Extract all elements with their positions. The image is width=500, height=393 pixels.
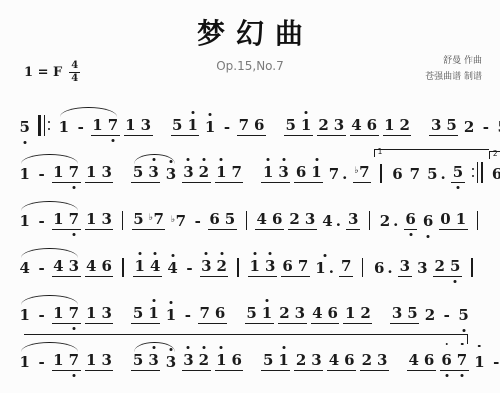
note: 7 [67,164,80,181]
note-digit: 1 [216,163,226,181]
note: 6 [440,352,453,369]
note: 1 [85,305,98,322]
note-digit: 3 [400,257,410,275]
sheet-music-page: 梦幻曲 Op.15,No.7 1 = F 4 4 舒曼 作曲 苍强曲谱 制谱 5… [0,0,500,393]
note: 5 [131,305,144,322]
note-digit: 5 [225,210,235,228]
note: 2 [398,117,411,134]
note-digit: 1 [384,116,394,134]
octave-dot-high [220,158,223,161]
note: 1 [85,211,98,228]
note: 7 [455,352,468,369]
time-numerator: 4 [69,60,80,73]
note-digit: 1 [205,118,215,136]
octave-dot-high [323,254,326,257]
beam-group: 01 [439,211,468,230]
repeat-dot [472,168,475,171]
note: 3 [100,305,113,322]
repeat-end [472,162,484,183]
note: 6 [365,117,378,134]
octave-dot-high [267,158,270,161]
notation-area: 51-1713511-7651234612352-51-171353332171… [18,98,482,380]
note-digit: 4 [351,116,361,134]
beam-group: 6 [404,211,417,230]
augmentation-dot: . [342,165,347,183]
note-digit: 7 [69,304,79,322]
note-digit: 3 [377,351,387,369]
octave-dot-low [23,141,26,144]
note-digit: 4 [257,210,267,228]
octave-dot-low [72,233,75,236]
augmentation-dot: . [336,212,341,230]
note: 3 [164,354,177,371]
slur-group: 1-17 [18,164,81,183]
score-line: 4-4346144-3213671.76.3325 [18,239,482,286]
note: 3 [100,164,113,181]
beam-group: 23 [294,352,323,371]
note: ♭7 [147,210,165,228]
octave-dot-high [152,299,155,302]
octave-dot-high [253,252,256,255]
composer-credit: 舒曼 作曲 [425,54,482,70]
note-digit: 5 [133,351,143,369]
note-digit: 6 [296,163,306,181]
note: 5 [261,352,274,369]
beam-group: 32 [182,164,211,183]
key-label: 1 = F [24,65,62,80]
note-digit: 3 [141,116,151,134]
beam-group: 17 [52,164,81,183]
octave-dot-high [170,160,173,163]
beam-group: 3 [346,211,359,230]
barline [362,258,364,277]
credits: 舒曼 作曲 苍强曲谱 制谱 [425,54,482,86]
note: 3 [147,164,160,181]
note-digit: 1 [263,163,273,181]
beam-group: 14 [133,258,162,277]
beam-group: 51 [245,305,274,324]
slur-group: 533 [131,352,177,371]
note-digit: 1 [86,351,96,369]
beam-group: 5♭7 [132,210,166,230]
note: 3 [182,352,195,369]
note: 6 [421,213,434,230]
note: 5 [445,117,458,134]
note: 1 [147,305,160,322]
note: 3 [277,164,290,181]
note-digit: 2 [425,306,435,324]
octave-dot-high [152,346,155,349]
note: 4 [166,260,179,277]
note: 7 [67,211,80,228]
note-digit: 6 [492,165,500,183]
note-digit: 5 [407,304,417,322]
note-digit: 1 [86,210,96,228]
sustain-dash: - [480,119,492,136]
beam-group: 13 [85,164,114,183]
note: 7 [237,117,250,134]
note-digit: 5 [450,257,460,275]
note: 1 [18,354,31,371]
note-digit: 1 [456,210,466,228]
barline-thick [38,115,41,136]
note-digit: 5 [172,116,182,134]
beam-group: 46 [407,352,436,371]
note-digit: 6 [424,351,434,369]
augmentation-dot: . [393,212,398,230]
note-digit: 3 [417,259,427,277]
note-digit: 1 [53,351,63,369]
note-digit: 1 [53,304,63,322]
note-digit: 3 [166,353,176,371]
note: 7 [230,164,243,181]
octave-dot-high [170,348,173,351]
note: 7 [296,258,309,275]
fermata-icon [457,339,467,346]
note: 1 [473,354,486,371]
note-digit: 3 [305,210,315,228]
note-digit: 1 [250,257,260,275]
octave-dot-high [187,158,190,161]
note: 7 [106,117,119,134]
note: 3 [293,305,306,322]
note: 3 [100,211,113,228]
note-digit: 1 [86,304,96,322]
note-digit: 1 [301,116,311,134]
beam-group: 53 [131,352,160,371]
note: 6 [253,117,266,134]
opus-number: Op.15,No.7 [18,59,482,73]
barline [380,164,382,183]
octave-dot-low [409,233,412,236]
beam-group: 13 [85,211,114,230]
note: 4 [327,352,340,369]
beam-group: 13 [248,258,277,277]
octave-dot-high [191,111,194,114]
note: 6 [100,258,113,275]
volta-bracket: 2675.5 [490,151,500,183]
note: 1 [248,258,261,275]
augmentation-dot: . [441,165,446,183]
note-digit: 3 [101,210,111,228]
note-digit: 1 [311,163,321,181]
sheet-header: 梦幻曲 Op.15,No.7 1 = F 4 4 舒曼 作曲 苍强曲谱 制谱 [18,12,482,94]
sustain-dash: - [35,166,47,183]
note-digit: 7 [153,210,163,228]
note-digit: 5 [133,304,143,322]
note: 2 [462,119,475,136]
note: 2 [423,307,436,324]
octave-dot-high [152,158,155,161]
note: 1 [343,305,356,322]
volta-label: 2 [493,149,498,158]
note-digit: 3 [183,163,193,181]
note-digit: 1 [216,351,226,369]
note: 3 [200,258,213,275]
barline-thin [477,162,478,183]
beam-group: 13 [124,117,153,136]
note-digit: 6 [209,210,219,228]
beam-group: 23 [278,305,307,324]
note: 1 [57,119,70,136]
note: 1 [18,166,31,183]
sustain-dash: - [75,119,87,136]
note: 2 [215,258,228,275]
note-digit: 3 [311,351,321,369]
note: 5 [457,307,470,324]
slur-group: 4-43 [18,258,81,277]
octave-dot-high [220,252,223,255]
extended-bracket-line [24,334,468,344]
note-digit: 2 [380,212,390,230]
note: 5 [284,117,297,134]
octave-dot-low [111,139,114,142]
note-digit: 2 [199,163,209,181]
octave-dot-high [171,254,174,257]
note: 1 [52,164,65,181]
note: 3 [429,117,442,134]
note: 2 [359,305,372,322]
note: 6 [391,166,404,183]
beam-group: 46 [311,305,340,324]
note: 3 [398,258,411,275]
beam-group: 51 [284,117,313,136]
note: 5 [496,119,500,136]
sustain-dash: - [35,307,47,324]
note-digit: 6 [344,351,354,369]
beam-group: 23 [360,352,389,371]
note: 5 [131,164,144,181]
note: 5 [171,117,184,134]
beam-group: 13 [85,305,114,324]
octave-dot-high [282,158,285,161]
octave-dot-high [266,299,269,302]
note-digit: 6 [282,257,292,275]
slur-group: 533 [131,164,177,183]
note: 2 [433,258,446,275]
note-digit: 3 [431,116,441,134]
note: 5 [406,305,419,322]
note: 4 [255,211,268,228]
time-signature: 4 4 [69,60,80,84]
beam-group: 16 [215,352,244,371]
beam-group: 13 [261,164,290,183]
sustain-dash: - [35,213,47,230]
sustain-dash: - [221,119,233,136]
note-digit: 1 [474,353,484,371]
octave-dot-high [269,252,272,255]
note: 2 [317,117,330,134]
note: 3 [147,352,160,369]
note: 6 [230,352,243,369]
note-digit: 7 [69,210,79,228]
barline-thick [481,162,484,183]
note-digit: 6 [215,304,225,322]
note: 5 [132,211,145,228]
note-digit: 6 [272,210,282,228]
note-digit: 6 [405,210,415,228]
octave-dot-high [220,346,223,349]
note: 3 [182,164,195,181]
note: 4. [321,213,343,230]
beam-group: 7 [339,258,352,277]
note-digit: 2 [199,351,209,369]
note-digit: 3 [392,304,402,322]
note-digit: 7 [199,304,209,322]
score-line: 1-17135♭7♭7-6546234.32.6601 [18,192,482,239]
beam-group: 13 [85,352,114,371]
beam-group: 65 [208,211,237,230]
note-digit: 2 [464,118,474,136]
note: 2 [278,305,291,322]
note: 1 [85,164,98,181]
note: 7 [67,305,80,322]
note: 1 [261,164,274,181]
augmentation-dot: . [387,259,392,277]
note-digit: 1 [125,116,135,134]
note-digit: 3 [166,165,176,183]
note-digit: 7 [298,257,308,275]
sustain-dash: - [182,307,194,324]
song-title: 梦幻曲 [18,12,482,52]
note: 4 [52,258,65,275]
note: 1 [260,305,273,322]
beam-group: 35 [429,117,458,136]
note-digit: 3 [101,351,111,369]
beam-group: 17 [52,305,81,324]
fermata-dot [445,343,448,346]
score-line: 1-171353332165123462346671- [18,333,482,380]
note: 3 [416,260,429,277]
note-digit: 1 [135,257,145,275]
note: 1 [310,164,323,181]
octave-dot-high [282,346,285,349]
slur-group: 1-17 [18,305,81,324]
score-line: 1-1713533321713617.♭71675.52675.5 [18,145,482,192]
barline-thin [44,115,45,136]
note: 6 [294,164,307,181]
note: 4 [407,352,420,369]
beam-group: 53 [131,164,160,183]
note: 3 [67,258,80,275]
repeat-dots [472,162,475,183]
note: 3 [263,258,276,275]
beam-group: 46 [327,352,356,371]
note-digit: 3 [278,163,288,181]
repeat-dot [48,128,51,131]
note-digit: 7 [457,351,467,369]
note-digit: 1 [345,304,355,322]
note-digit: 6 [328,304,338,322]
note-digit: 3 [348,210,358,228]
note: 5 [223,211,236,228]
note-digit: 6 [254,116,264,134]
note-digit: 4 [322,212,332,230]
note: 3 [390,305,403,322]
note-digit: 6 [441,351,451,369]
note-digit: 3 [201,257,211,275]
note-digit: 6 [392,165,402,183]
note-digit: 1 [20,306,30,324]
note: 5 [18,119,31,136]
barline [237,258,239,277]
flat-sign: ♭ [171,215,175,225]
note: 5. [426,166,448,183]
fermata-dot [478,345,481,348]
note-digit: 1 [86,163,96,181]
fermata-dot [461,343,464,346]
note-digit: 5 [458,306,468,324]
note-digit: 1 [148,304,158,322]
note-digit: 6 [101,257,111,275]
note: 7 [408,166,421,183]
octave-dot-high [170,301,173,304]
score-line: 1-1713511-7651234612352-5 [18,286,482,333]
beam-group: 17 [52,352,81,371]
note: 1 [133,258,146,275]
note-digit: 3 [148,351,158,369]
beam-group: 3 [398,258,411,277]
note: 2. [378,213,400,230]
note: ♭7 [169,212,187,230]
note: 2 [197,352,210,369]
slur-group: 1-17 [18,352,81,371]
beam-group: 46 [350,117,379,136]
note-digit: 1 [53,210,63,228]
note-digit: 6 [374,259,384,277]
transcriber-credit: 苍强曲谱 制谱 [425,70,482,86]
note: 2 [294,352,307,369]
note-digit: 4 [20,259,30,277]
note-digit: 2 [435,257,445,275]
note-digit: 7 [232,163,242,181]
note-digit: 3 [183,351,193,369]
note-digit: 6 [232,351,242,369]
note-digit: 2 [296,351,306,369]
note-digit: 4 [312,304,322,322]
note-digit: 4 [329,351,339,369]
note: 7 [198,305,211,322]
note: 1 [164,307,177,324]
note: 1 [52,352,65,369]
note: 3 [100,352,113,369]
fermata-icon [442,339,452,346]
note: 1 [215,164,228,181]
note-digit: 1 [166,306,176,324]
beam-group: 76 [237,117,266,136]
note: 7 [67,352,80,369]
note-digit: 7 [329,165,339,183]
note: 1 [124,117,137,134]
note: 6 [490,166,500,183]
note: 5 [448,258,461,275]
note: 1 [215,352,228,369]
repeat-dot [48,121,51,124]
beam-group: 17 [52,211,81,230]
octave-dot-high [154,252,157,255]
note: 6 [422,352,435,369]
beam-group: 76 [198,305,227,324]
beam-group: 35 [390,305,419,324]
beam-group: 12 [343,305,372,324]
beam-group: ♭7 [353,163,371,183]
note: 6 [343,352,356,369]
note: 7 [339,258,352,275]
note-digit: 5 [453,163,463,181]
note: 6 [326,305,339,322]
note-digit: 1 [20,353,30,371]
beam-group: 46 [85,258,114,277]
